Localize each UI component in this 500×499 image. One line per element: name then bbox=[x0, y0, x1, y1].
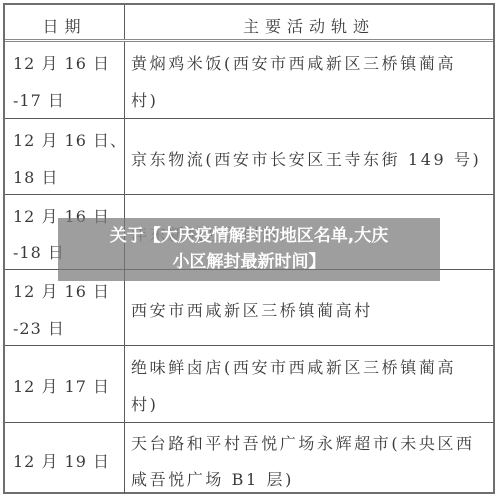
overlay-title-line-2: 小区解封最新时间】 bbox=[58, 249, 440, 275]
table-header-row: 日期 主要活动轨迹 bbox=[5, 5, 493, 42]
header-date-label: 日期 bbox=[5, 14, 124, 37]
date-cell: 12 月 16 日 -17 日 bbox=[5, 42, 125, 118]
activity-line: 西安市西咸新区三桥镇蔺高村 bbox=[131, 298, 373, 321]
table-row: 12 月 16 日 -23 日 西安市西咸新区三桥镇蔺高村 bbox=[5, 270, 493, 346]
date-line: 12 月 17 日 bbox=[13, 374, 110, 397]
header-activity-cell: 主要活动轨迹 bbox=[125, 5, 493, 39]
date-line: 18 日 bbox=[13, 165, 58, 188]
activity-cell: 绝味鲜卤店(西安市西咸新区三桥镇蔺高 村) bbox=[125, 346, 493, 422]
activity-cell: 京东物流(西安市长安区王寺东街 149 号) bbox=[125, 119, 493, 194]
table-row: 12 月 16 日、 18 日 京东物流(西安市长安区王寺东街 149 号) bbox=[5, 119, 493, 195]
activity-cell: 黄焖鸡米饭(西安市西咸新区三桥镇蔺高 村) bbox=[125, 42, 493, 118]
table-row: 12 月 19 日 天台路和平村吾悦广场永辉超市(未央区西 咸吾悦广场 B1 层… bbox=[5, 423, 493, 494]
activity-line: 村) bbox=[131, 392, 158, 415]
overlay-title-line-1: 关于【大庆疫情解封的地区名单,大庆 bbox=[58, 223, 440, 249]
date-cell: 12 月 16 日 -23 日 bbox=[5, 270, 125, 345]
table-row: 12 月 16 日 -17 日 黄焖鸡米饭(西安市西咸新区三桥镇蔺高 村) bbox=[5, 42, 493, 119]
date-cell: 12 月 19 日 bbox=[5, 423, 125, 494]
activity-line: 黄焖鸡米饭(西安市西咸新区三桥镇蔺高 bbox=[131, 51, 456, 74]
date-line: -23 日 bbox=[13, 316, 65, 339]
date-line: 12 月 16 日 bbox=[13, 51, 110, 74]
date-line: 12 月 16 日 bbox=[13, 279, 110, 302]
activity-line: 京东物流(西安市长安区王寺东街 149 号) bbox=[131, 147, 481, 170]
date-cell: 12 月 16 日、 18 日 bbox=[5, 119, 125, 194]
table-row: 12 月 17 日 绝味鲜卤店(西安市西咸新区三桥镇蔺高 村) bbox=[5, 346, 493, 423]
activity-cell: 天台路和平村吾悦广场永辉超市(未央区西 咸吾悦广场 B1 层) bbox=[125, 423, 493, 494]
date-cell: 12 月 17 日 bbox=[5, 346, 125, 422]
date-line: 12 月 19 日 bbox=[13, 449, 110, 472]
title-overlay-banner: 关于【大庆疫情解封的地区名单,大庆 小区解封最新时间】 bbox=[58, 218, 440, 281]
activity-line: 绝味鲜卤店(西安市西咸新区三桥镇蔺高 bbox=[131, 355, 456, 378]
activity-cell: 西安市西咸新区三桥镇蔺高村 bbox=[125, 270, 493, 345]
activity-line: 村) bbox=[131, 88, 158, 111]
activity-line: 咸吾悦广场 B1 层) bbox=[131, 467, 294, 490]
date-line: -17 日 bbox=[13, 88, 65, 111]
header-activity-label: 主要活动轨迹 bbox=[125, 14, 493, 37]
date-line: 12 月 16 日、 bbox=[13, 128, 127, 151]
activity-line: 天台路和平村吾悦广场永辉超市(未央区西 bbox=[131, 431, 475, 454]
header-date-cell: 日期 bbox=[5, 5, 125, 39]
